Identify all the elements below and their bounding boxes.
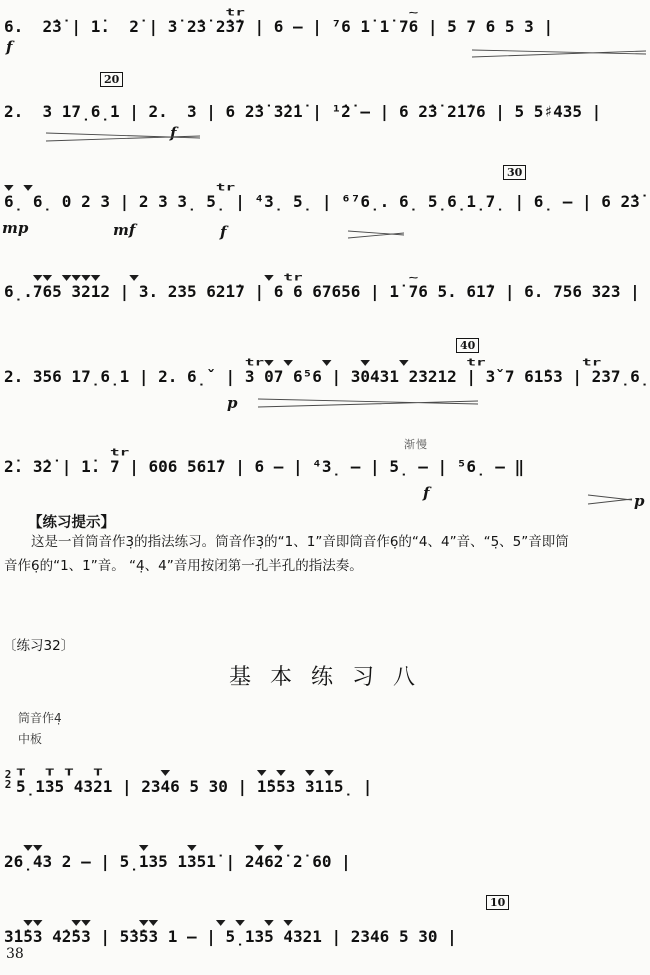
practice-tips-text: 这是一首筒音作3̣的指法练习。筒音作3̣的“1、1̇”音即筒音作6̣的“4、4̇… <box>4 530 646 554</box>
dynamic-mf: mf <box>113 221 135 239</box>
music-system-8: ▼▼ ▼ ▼ ▼ ▼ 26̣43 2 – | 5̣135 1351̇ | 246… <box>4 838 650 873</box>
rehearsal-box-30: 30 <box>503 165 526 180</box>
ornament-line: ▼ ▼ tr <box>4 183 650 191</box>
music-system-5: tr▼ ▼ ▼ ▼ ▼ tr tr 2. 356 17̣6̣1 | 2. 6̣ˇ… <box>4 353 650 388</box>
exercise-label: 〔练习32〕 <box>3 634 74 654</box>
rehearsal-box-40: 40 <box>456 338 479 353</box>
notes-line: 26̣43 2 – | 5̣135 1351̇ | 2462̇ 2̇ 60 | <box>4 851 650 873</box>
dynamic-f: f <box>170 124 176 142</box>
notes-line: 2̇. 3̇2̇ | 1̇. 7 | 606 561̇7 | 6 – | ⁴3̣… <box>4 456 650 478</box>
music-system-2: 2. 3 17̣6̣1 | 2. 3 | 6 2̇3̇ 3̇2̇1̇ | ¹̇2… <box>4 88 650 123</box>
rehearsal-box-20: 20 <box>100 72 123 87</box>
ornament-line: ▼▼ ▼ ▼ ▼ ▼ <box>4 843 650 851</box>
ornament-line: ▼▼ ▼▼▼▼ ▼ ▼ tr ~ <box>4 273 650 281</box>
dynamic-f: f <box>423 484 429 502</box>
notes-line: 6̣.765 3212 | 3. 235 62̇1̇7 | 6 6 67656 … <box>4 281 650 303</box>
music-system-9: ▼▼ ▼▼ ▼▼ ▼ ▼ ▼ ▼ 3̇1̇53 4̇2̇53 | 5̇3̇53 … <box>4 913 650 948</box>
notes-line: 2. 3 17̣6̣1 | 2. 3 | 6 2̇3̇ 3̇2̇1̇ | ¹̇2… <box>4 101 650 123</box>
music-system-4: ▼▼ ▼▼▼▼ ▼ ▼ tr ~ 6̣.765 3212 | 3. 235 62… <box>4 268 650 303</box>
ornament-line: ▼▼ ▼▼ ▼▼ ▼ ▼ ▼ ▼ <box>4 918 650 926</box>
dynamic-p: p <box>227 394 238 412</box>
practice-tips-title: 【练习提示】 <box>28 511 115 532</box>
tempo-text: 中板 <box>18 730 42 747</box>
practice-tips-text: 音作6̣的“1、1̇”音。 “4̣、4”音用按闭第一孔半孔的指法奏。 <box>4 554 646 578</box>
ornament-line: tr ~ <box>4 8 650 16</box>
time-signature: 2 2 <box>2 770 14 790</box>
hairpin-marks <box>0 0 650 975</box>
rehearsal-box-10: 10 <box>486 895 509 910</box>
sheet-music-page: { "page": { "number": "38" }, "part1": {… <box>0 0 650 975</box>
dynamic-p: p <box>634 492 645 510</box>
notes-line: 5̣135 4321 | 2346 5 30 | 1̇553 3115̣ | <box>16 776 650 798</box>
dynamic-mp: mp <box>2 219 28 237</box>
ornament-line: T T T T ▼ ▼ ▼ ▼ ▼ <box>16 768 650 776</box>
ornament-line: tr▼ ▼ ▼ ▼ ▼ tr tr <box>4 358 650 366</box>
notes-line: 6̣ 6̣ 0 2 3 | 2 3 3̣ 5̣ | ⁴3̣ 5̣ | ⁶⁷6̣.… <box>4 191 650 213</box>
music-system-3: ▼ ▼ tr 6̣ 6̣ 0 2 3 | 2 3 3̣ 5̣ | ⁴3̣ 5̣ … <box>4 178 650 213</box>
music-system-1: tr ~ 6. 2̇3̇ | 1̇. 2̇ | 3̇ 2̇3̇ 2̇3̇7 | … <box>4 3 650 38</box>
notes-line: 3̇1̇53 4̇2̇53 | 5̇3̇53 1 – | 5̣135 4321 … <box>4 926 650 948</box>
music-system-6: tr 2̇. 3̇2̇ | 1̇. 7 | 606 561̇7 | 6 – | … <box>4 443 650 478</box>
dynamic-f: f <box>220 223 226 241</box>
notes-line: 6. 2̇3̇ | 1̇. 2̇ | 3̇ 2̇3̇ 2̇3̇7 | 6 – |… <box>4 16 650 38</box>
notes-line: 2. 356 17̣6̣1 | 2. 6̣ˇ | 3 07 6⁵6 | 3043… <box>4 366 650 388</box>
ornament-line: tr <box>4 448 650 456</box>
piece-title: 基 本 练 习 八 <box>0 660 650 691</box>
time-signature-bottom: 2 <box>2 780 14 790</box>
dynamic-f: f <box>6 38 12 56</box>
page-number: 38 <box>6 946 24 962</box>
music-system-7: T T T T ▼ ▼ ▼ ▼ ▼ 5̣135 4321 | 2346 5 30… <box>16 763 650 798</box>
key-signature-text: 筒音作4̣ <box>18 709 62 726</box>
ornament-line <box>4 93 650 101</box>
tempo-slow-label: 渐慢 <box>404 436 428 452</box>
